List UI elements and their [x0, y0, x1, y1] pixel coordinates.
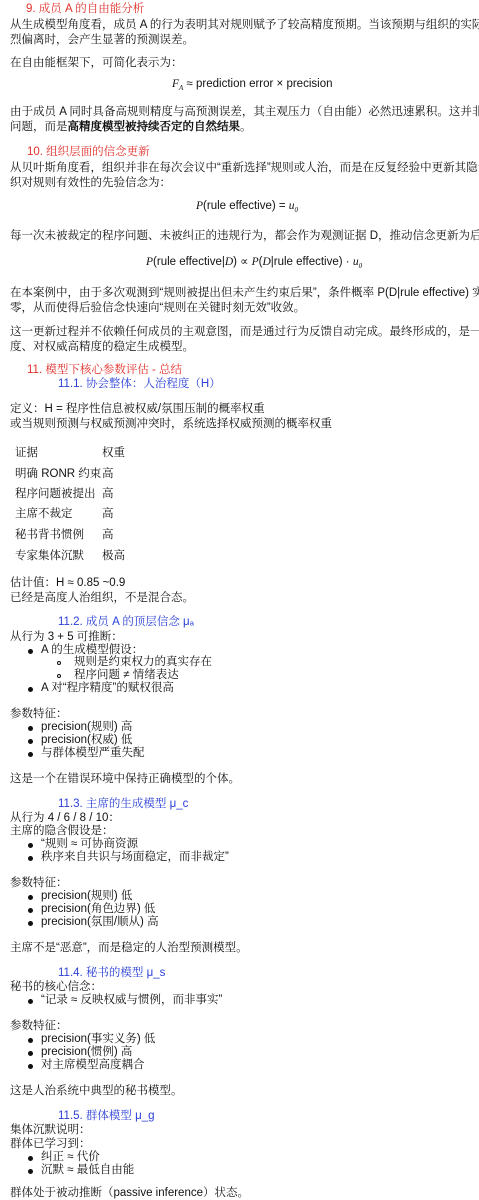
s1-estimate: 估计值：H ≈ 0.85 ~0.9 [10, 576, 125, 591]
s1-definition-line2: 或当规则预测与权威预测冲突时，系统选择权威预测的概率权重 [10, 417, 332, 432]
table-row-0-evidence: 明确 RONR 约束 [15, 467, 101, 482]
bullet-icon [28, 856, 33, 861]
bullet-icon [28, 1051, 33, 1056]
document-page: 9. 成员 A 的自由能分析 从生成模型角度看，成员 A 的行为表明其对规则赋予… [0, 0, 479, 1200]
f2-e: P [252, 256, 259, 268]
bullet-icon [28, 1038, 33, 1043]
table-row-1-evidence: 程序问题被提出 [15, 487, 96, 502]
bullet-icon [28, 895, 33, 900]
section-11-3-heading: 11.3. 主席的生成模型 μ_c [58, 797, 188, 812]
table-row-2-evidence: 主席不裁定 [15, 507, 73, 522]
bullet-icon [28, 752, 33, 757]
sec9-para3-line1: 由于成员 A 同时具备高规则精度与高预测误差，其主观压力（自由能）必然迅速累积。… [10, 105, 479, 120]
table-row-3-evidence: 秘书背书惯例 [15, 528, 84, 543]
s5-conclusion: 群体处于被动推断（passive inference）状态。 [10, 1186, 249, 1200]
bullet-icon [28, 687, 33, 692]
table-header-weight: 权重 [102, 446, 125, 461]
s3-bullet-1: 秩序来自共识与场面稳定，而非裁定” [41, 850, 229, 865]
section-9-heading: 9. 成员 A 的自由能分析 [26, 2, 144, 17]
bullet-icon [28, 649, 33, 654]
section-11-2-heading: 11.2. 成员 A 的顶层信念 μₐ [58, 615, 194, 630]
sec10-para4-line1: 这一更新过程并不依赖任何成员的主观意图，而是通过行为反馈自动完成。最终形成的，是… [10, 325, 479, 340]
section-10-heading: 10. 组织层面的信念更新 [27, 145, 150, 160]
sec10-para2: 每一次未被裁定的程序问题、未被纠正的违规行为，都会作为观测证据 D，推动信念更新… [10, 229, 479, 244]
table-row-2-weight: 高 [102, 507, 114, 522]
s4-bullet-0: “记录 ≈ 反映权威与惯例，而非事实” [41, 993, 222, 1008]
free-energy-formula: FA ≈ prediction error × precision [172, 77, 332, 96]
f1-mid: (rule effective) = [203, 200, 289, 212]
formula-rest: ≈ prediction error × precision [183, 78, 332, 90]
bullet-icon [28, 908, 33, 913]
sec10-para1-line1: 从贝叶斯角度看，组织并非在每次会议中“重新选择”规则或人治，而是在反复经验中更新… [10, 161, 479, 176]
sec9-p3-pre: 问题，而是 [10, 121, 68, 133]
bullet-icon [28, 843, 33, 848]
sec10-para3-line2: 零，从而使得后验信念快速向“规则在关键时刻无效”收敛。 [10, 301, 305, 316]
f1-P: P [196, 200, 203, 212]
sec9-p3-bold: 高精度模型被持续否定的自然结果 [68, 121, 241, 133]
f2-a: P [146, 256, 153, 268]
sec9-p3-post: 。 [240, 121, 252, 133]
table-row-4-weight: 极高 [102, 549, 125, 564]
f1-sub: 0 [295, 206, 299, 214]
s3-param-2: precision(氛围/顺从) 高 [41, 915, 159, 930]
section-11-4-heading: 11.4. 秘书的模型 μ_s [58, 966, 165, 981]
section-11-1-heading: 11.1. 协会整体：人治程度（H） [58, 377, 221, 392]
s1-definition-line1: 定义：H = 程序性信息被权威/氛围压制的概率权重 [10, 402, 265, 417]
bullet-icon [28, 726, 33, 731]
posterior-formula: P(rule effective|D) ∝ P(D|rule effective… [146, 255, 362, 274]
sec9-para1-line2: 烈偏离时，会产生显著的预测误差。 [10, 33, 194, 48]
s4-param-2: 对主席模型高度耦合 [41, 1058, 145, 1073]
s2-param-2: 与群体模型严重失配 [41, 746, 145, 761]
table-row-1-weight: 高 [102, 487, 114, 502]
bullet-icon [28, 1064, 33, 1069]
s2-conclusion: 这是一个在错误环境中保持正确模型的个体。 [10, 772, 240, 787]
hollow-bullet-icon [57, 661, 61, 665]
f2-c: D [225, 256, 233, 268]
s5-bullet-1: 沉默 ≈ 最低自由能 [41, 1163, 134, 1178]
bullet-icon [28, 1169, 33, 1174]
sec10-para4-line2: 度、对权威高精度的稳定生成模型。 [10, 340, 194, 355]
f2-b: (rule effective| [153, 256, 225, 268]
formula-F: F [172, 78, 179, 90]
f2-sub: 0 [359, 262, 363, 270]
bullet-icon [28, 1156, 33, 1161]
table-row-3-weight: 高 [102, 528, 114, 543]
sec9-para1-line1: 从生成模型角度看，成员 A 的行为表明其对规则赋予了较高精度预期。当该预期与组织… [10, 18, 479, 33]
bullet-icon [28, 921, 33, 926]
f2-h: |rule effective) · [271, 256, 353, 268]
s1-conclusion: 已经是高度人治组织，不是混合态。 [10, 591, 194, 606]
sec9-para2: 在自由能框架下，可简化表示为： [10, 56, 183, 71]
prior-formula: P(rule effective) = u0 [196, 199, 298, 218]
table-header-evidence: 证据 [15, 446, 38, 461]
sec10-para1-line2: 织对规则有效性的先验信念为： [10, 176, 171, 191]
bullet-icon [28, 739, 33, 744]
hollow-bullet-icon [57, 674, 61, 678]
s5-line1: 集体沉默说明： [10, 1123, 91, 1138]
bullet-icon [28, 999, 33, 1004]
section-11-5-heading: 11.5. 群体模型 μ_g [58, 1109, 155, 1124]
sec10-para3-line1: 在本案例中，由于多次观测到“规则被提出但未产生约束后果”，条件概率 P(D|ru… [10, 286, 479, 301]
s2-bullet-1: A 对“程序精度”的赋权很高 [41, 681, 174, 696]
f2-d: ) ∝ [233, 256, 251, 268]
s4-conclusion: 这是人治系统中典型的秘书模型。 [10, 1084, 183, 1099]
section-11-heading: 11. 模型下核心参数评估 - 总结 [27, 363, 182, 378]
f2-g: D [262, 256, 270, 268]
table-row-4-evidence: 专家集体沉默 [15, 549, 84, 564]
s3-conclusion: 主席不是“恶意”，而是稳定的人治型预测模型。 [10, 941, 248, 956]
table-row-0-weight: 高 [102, 467, 114, 482]
sec9-para3-line2: 问题，而是高精度模型被持续否定的自然结果。 [10, 120, 252, 135]
